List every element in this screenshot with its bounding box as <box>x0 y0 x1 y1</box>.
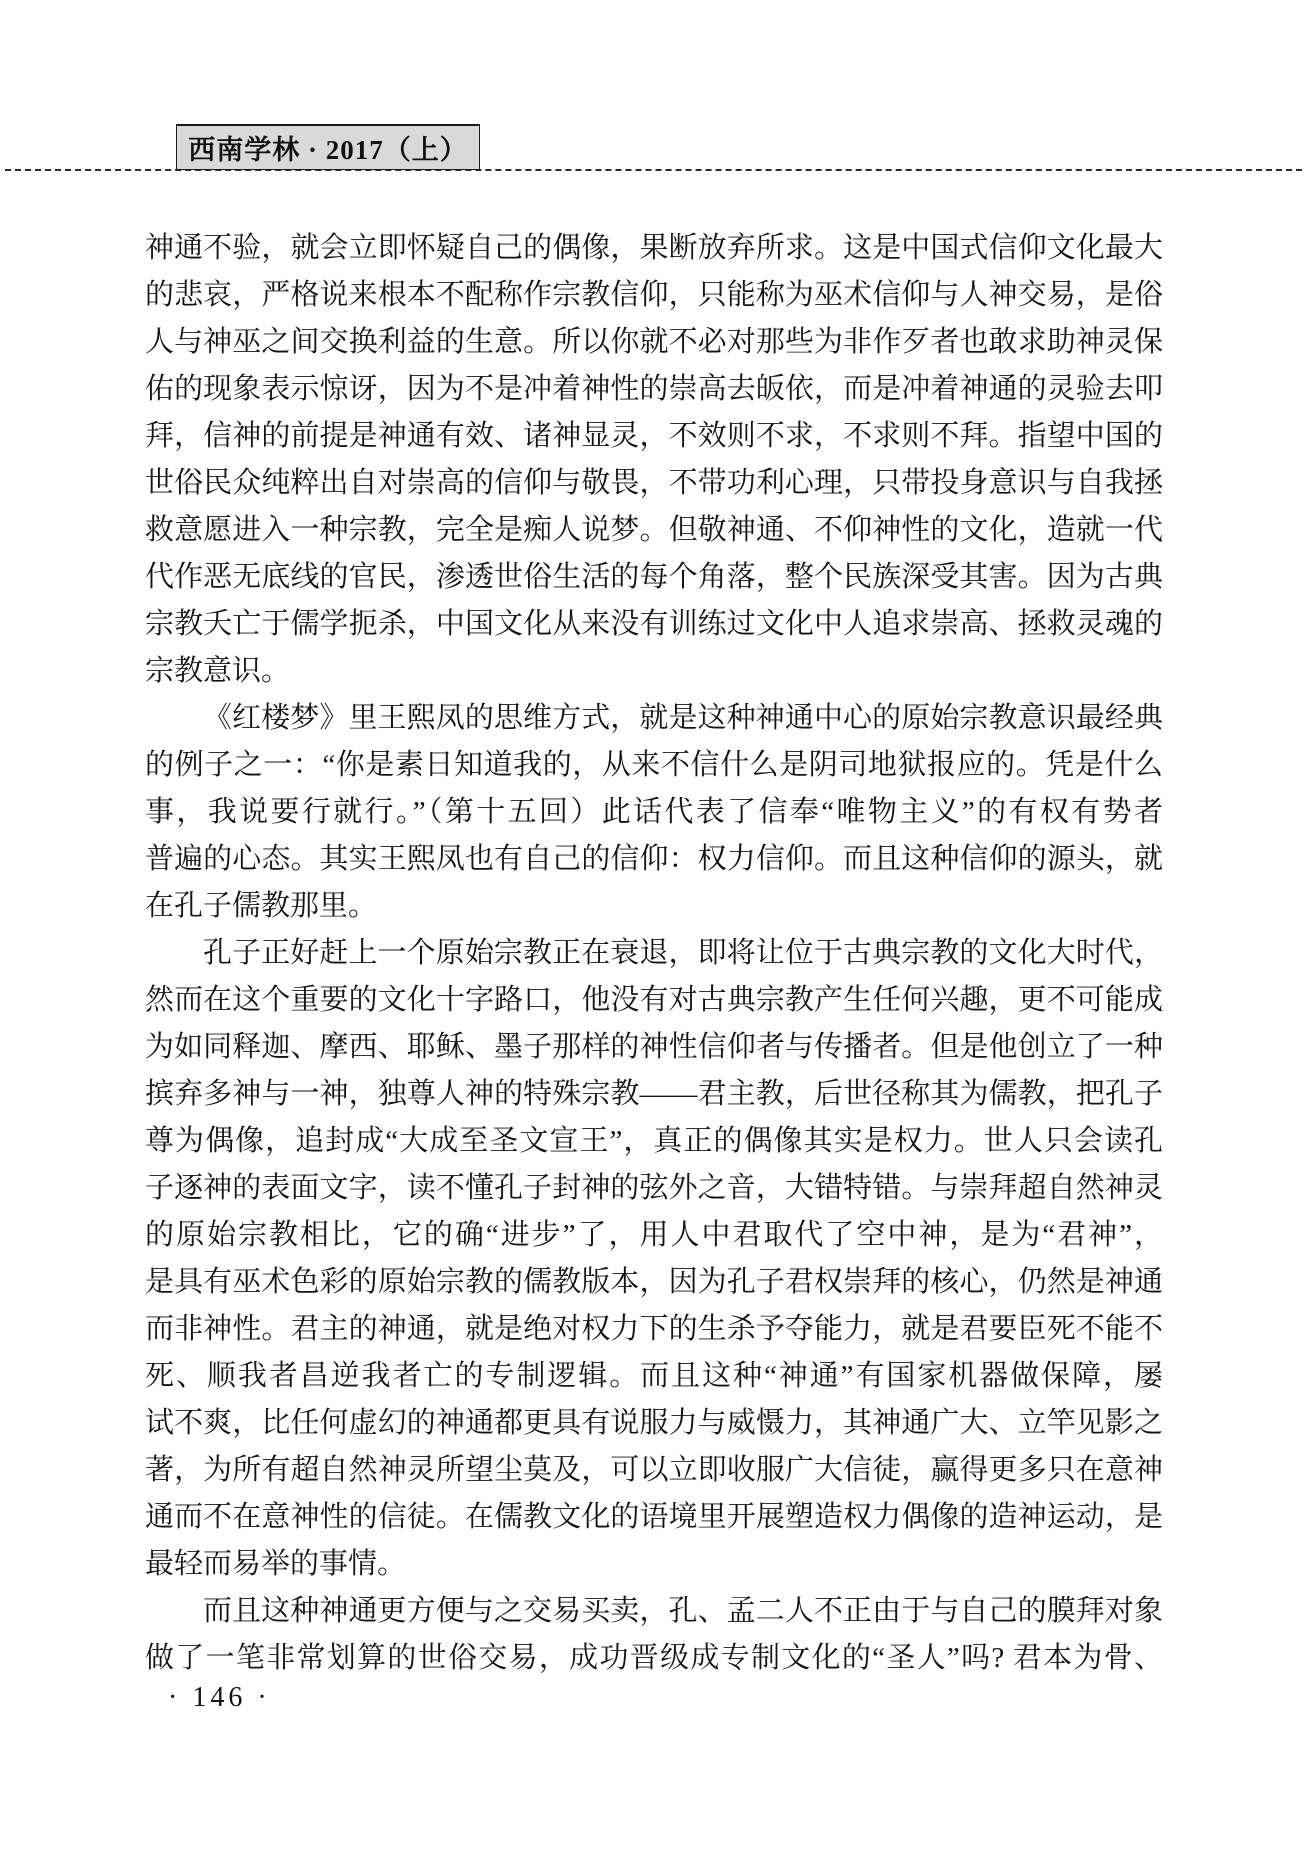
text-line: 在孔子儒教那里。 <box>145 883 1163 930</box>
page-number: · 146 · <box>168 1682 271 1714</box>
text-line: 摈弃多神与一神，独尊人神的特殊宗教——君主教，后世径称其为儒教，把孔子 <box>145 1071 1163 1118</box>
text-line: 是具有巫术色彩的原始宗教的儒教版本，因为孔子君权崇拜的核心，仍然是神通 <box>145 1259 1163 1306</box>
text-line: 神通不验，就会立即怀疑自己的偶像，果断放弃所求。这是中国式信仰文化最大 <box>145 225 1163 272</box>
text-line: 佑的现象表示惊讶，因为不是冲着神性的崇高去皈依，而是冲着神通的灵验去叩 <box>145 366 1163 413</box>
text-line: 的原始宗教相比，它的确“进步”了，用人中君取代了空中神，是为“君神”， <box>145 1212 1163 1259</box>
text-line: 人与神巫之间交换利益的生意。所以你就不必对那些为非作歹者也敢求助神灵保 <box>145 319 1163 366</box>
text-line: 著，为所有超自然神灵所望尘莫及，可以立即收服广大信徒，赢得更多只在意神 <box>145 1447 1163 1494</box>
running-header-box: 西南学林 · 2017（上） <box>176 124 480 170</box>
paragraph: 而且这种神通更方便与之交易买卖，孔、孟二人不正由于与自己的膜拜对象做了一笔非常划… <box>145 1588 1163 1682</box>
text-line: 做了一笔非常划算的世俗交易，成功晋级成专制文化的“圣人”吗? 君本为骨、 <box>145 1635 1163 1682</box>
text-line: 最轻而易举的事情。 <box>145 1541 1163 1588</box>
text-line: 尊为偶像，追封成“大成至圣文宣王”，真正的偶像其实是权力。世人只会读孔 <box>145 1118 1163 1165</box>
text-line: 《红楼梦》里王熙凤的思维方式，就是这种神通中心的原始宗教意识最经典 <box>145 695 1163 742</box>
text-line: 试不爽，比任何虚幻的神通都更具有说服力与威慑力，其神通广大、立竿见影之 <box>145 1400 1163 1447</box>
paragraph: 《红楼梦》里王熙凤的思维方式，就是这种神通中心的原始宗教意识最经典的例子之一：“… <box>145 695 1163 930</box>
text-line: 为如同释迦、摩西、耶稣、墨子那样的神性信仰者与传播者。但是他创立了一种 <box>145 1024 1163 1071</box>
text-line: 孔子正好赶上一个原始宗教正在衰退，即将让位于古典宗教的文化大时代， <box>145 930 1163 977</box>
text-line: 的例子之一：“你是素日知道我的，从来不信什么是阴司地狱报应的。凭是什么 <box>145 742 1163 789</box>
text-line: 救意愿进入一种宗教，完全是痴人说梦。但敬神通、不仰神性的文化，造就一代 <box>145 507 1163 554</box>
journal-title: 西南学林 · 2017（上） <box>188 128 468 167</box>
text-line: 拜，信神的前提是神通有效、诸神显灵，不效则不求，不求则不拜。指望中国的 <box>145 413 1163 460</box>
text-line: 事，我说要行就行。”（第十五回）此话代表了信奉“唯物主义”的有权有势者 <box>145 789 1163 836</box>
text-line: 宗教意识。 <box>145 648 1163 695</box>
text-line: 世俗民众纯粹出自对崇高的信仰与敬畏，不带功利心理，只带投身意识与自我拯 <box>145 460 1163 507</box>
text-line: 宗教夭亡于儒学扼杀，中国文化从来没有训练过文化中人追求崇高、拯救灵魂的 <box>145 601 1163 648</box>
body-text: 神通不验，就会立即怀疑自己的偶像，果断放弃所求。这是中国式信仰文化最大的悲哀，严… <box>145 225 1163 1682</box>
text-line: 而非神性。君主的神通，就是绝对权力下的生杀予夺能力，就是君要臣死不能不 <box>145 1306 1163 1353</box>
text-line: 而且这种神通更方便与之交易买卖，孔、孟二人不正由于与自己的膜拜对象 <box>145 1588 1163 1635</box>
text-line: 普遍的心态。其实王熙凤也有自己的信仰：权力信仰。而且这种信仰的源头，就 <box>145 836 1163 883</box>
paragraph: 孔子正好赶上一个原始宗教正在衰退，即将让位于古典宗教的文化大时代，然而在这个重要… <box>145 930 1163 1588</box>
text-line: 然而在这个重要的文化十字路口，他没有对古典宗教产生任何兴趣，更不可能成 <box>145 977 1163 1024</box>
text-line: 子逐神的表面文字，读不懂孔子封神的弦外之音，大错特错。与崇拜超自然神灵 <box>145 1165 1163 1212</box>
book-page: 西南学林 · 2017（上） 神通不验，就会立即怀疑自己的偶像，果断放弃所求。这… <box>0 0 1307 1859</box>
text-line: 通而不在意神性的信徒。在儒教文化的语境里开展塑造权力偶像的造神运动，是 <box>145 1494 1163 1541</box>
text-line: 死、顺我者昌逆我者亡的专制逻辑。而且这种“神通”有国家机器做保障，屡 <box>145 1353 1163 1400</box>
text-line: 代作恶无底线的官民，渗透世俗生活的每个角落，整个民族深受其害。因为古典 <box>145 554 1163 601</box>
paragraph: 神通不验，就会立即怀疑自己的偶像，果断放弃所求。这是中国式信仰文化最大的悲哀，严… <box>145 225 1163 695</box>
text-line: 的悲哀，严格说来根本不配称作宗教信仰，只能称为巫术信仰与人神交易，是俗 <box>145 272 1163 319</box>
